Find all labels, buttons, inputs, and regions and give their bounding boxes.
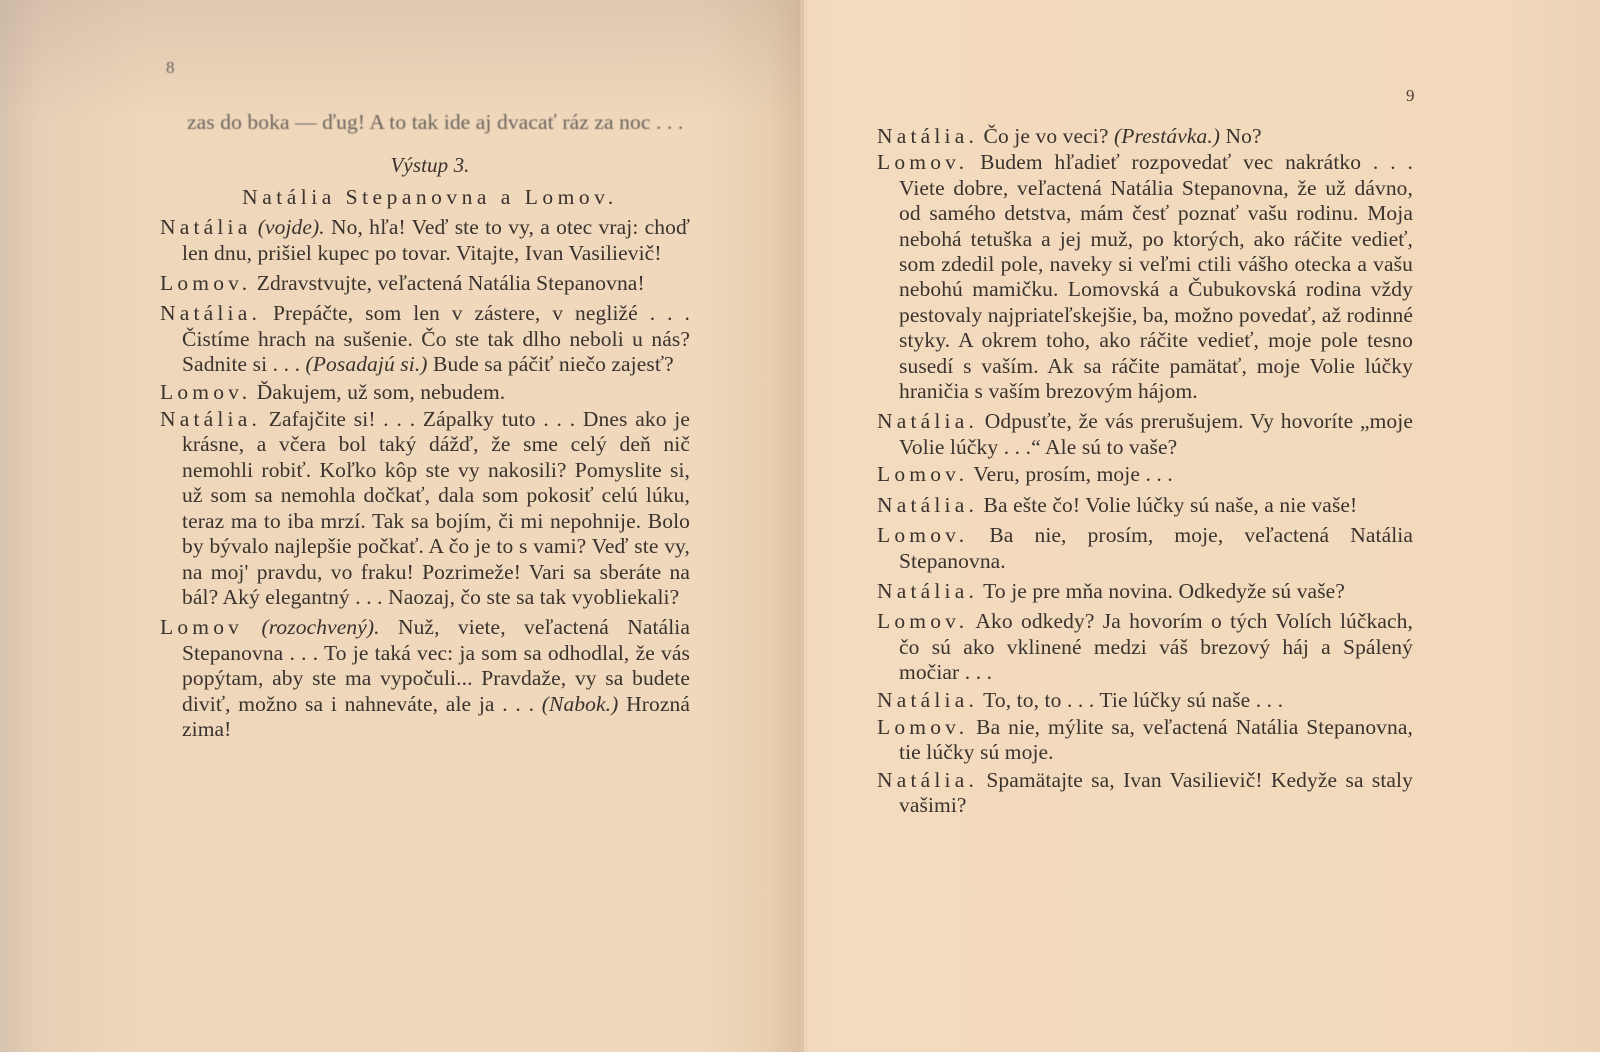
speaker: Natália. bbox=[877, 768, 978, 792]
speech: Lomov. Zdravstvujte, veľactená Natália S… bbox=[160, 271, 690, 296]
stage-direction: (rozochvený). bbox=[261, 615, 379, 639]
left-page: 8 zas do boka — ďug! A to tak ide aj dva… bbox=[0, 0, 803, 1052]
speaker: Lomov. bbox=[160, 380, 251, 404]
speech-text: Zafajčite si! . . . Zápalky tuto . . . D… bbox=[182, 407, 690, 609]
speaker: Lomov. bbox=[877, 715, 968, 739]
speech: Natália. Ba ešte čo! Volie lúčky sú naše… bbox=[877, 493, 1413, 518]
continuation-text: zas do boka — ďug! A to tak ide aj dvaca… bbox=[160, 110, 690, 135]
speaker: Natália. bbox=[877, 579, 978, 603]
speech: Natália. Prepáčte, som len v zástere, v … bbox=[160, 301, 690, 377]
speaker: Lomov. bbox=[877, 523, 968, 547]
stage-direction: (vojde). bbox=[258, 215, 325, 239]
scene-title: Výstup 3. bbox=[170, 153, 690, 178]
speaker: Lomov bbox=[160, 615, 243, 639]
speaker: Lomov. bbox=[877, 150, 968, 174]
speech: Natália. To, to, to . . . Tie lúčky sú n… bbox=[877, 688, 1413, 713]
speech: Lomov. Veru, prosím, moje . . . bbox=[877, 462, 1413, 487]
speech: Natália. Odpusťte, že vás prerušujem. Vy… bbox=[877, 409, 1413, 460]
speaker: Natália. bbox=[877, 493, 978, 517]
speaker: Natália. bbox=[160, 301, 261, 325]
left-page-text: zas do boka — ďug! A to tak ide aj dvaca… bbox=[160, 110, 690, 742]
speaker: Natália bbox=[160, 215, 251, 239]
speech: Lomov. Ba nie, prosím, moje, veľactená N… bbox=[877, 523, 1413, 574]
speech-text: To, to, to . . . Tie lúčky sú naše . . . bbox=[978, 688, 1283, 712]
speech-text: Ba nie, mýlite sa, veľactená Natália Ste… bbox=[899, 715, 1413, 764]
speech-text: Zdravstvujte, veľactená Natália Stepanov… bbox=[251, 271, 644, 295]
speech-text: To je pre mňa novina. Odkedyže sú vaše? bbox=[978, 579, 1345, 603]
page-number: 8 bbox=[166, 58, 175, 78]
speaker: Natália. bbox=[877, 688, 978, 712]
stage-direction: (Posadajú si.) bbox=[306, 352, 428, 376]
book-spread: 8 zas do boka — ďug! A to tak ide aj dva… bbox=[0, 0, 1600, 1052]
speech: Natália. Zafajčite si! . . . Zápalky tut… bbox=[160, 407, 690, 610]
speaker: Lomov. bbox=[160, 271, 251, 295]
speech: Natália (vojde). No, hľa! Veď ste to vy,… bbox=[160, 215, 690, 266]
speech-text: Ďakujem, už som, nebudem. bbox=[251, 380, 505, 404]
speech-text: No? bbox=[1220, 124, 1262, 148]
speech: Natália. To je pre mňa novina. Odkedyže … bbox=[877, 579, 1413, 604]
speech: Natália. Čo je vo veci? (Prestávka.) No? bbox=[877, 124, 1413, 149]
speech-text: Ba nie, prosím, moje, veľactená Natália … bbox=[899, 523, 1413, 572]
speech-text: Budem hľadieť rozpovedať vec nakrátko . … bbox=[899, 150, 1413, 403]
speaker: Natália. bbox=[160, 407, 261, 431]
speech-text: Ako odkedy? Ja hovorím o tých Volích lúč… bbox=[899, 609, 1413, 684]
right-page-text: Natália. Čo je vo veci? (Prestávka.) No?… bbox=[877, 124, 1413, 819]
speaker: Lomov. bbox=[877, 462, 968, 486]
speech: Lomov. Ba nie, mýlite sa, veľactená Natá… bbox=[877, 715, 1413, 766]
speaker: Natália. bbox=[877, 409, 978, 433]
page-number: 9 bbox=[1406, 86, 1415, 106]
speech-text: Ba ešte čo! Volie lúčky sú naše, a nie v… bbox=[978, 493, 1357, 517]
speech: Natália. Spamätajte sa, Ivan Vasilievič!… bbox=[877, 768, 1413, 819]
stage-direction: (Nabok.) bbox=[542, 692, 619, 716]
scene-cast: Natália Stepanovna a Lomov. bbox=[170, 185, 690, 210]
speaker: Natália. bbox=[877, 124, 978, 148]
speech-text: Bude sa páčiť niečo zajesť? bbox=[428, 352, 674, 376]
stage-direction: (Prestávka.) bbox=[1114, 124, 1220, 148]
speech: Lomov. Ako odkedy? Ja hovorím o tých Vol… bbox=[877, 609, 1413, 685]
speech: Lomov. Budem hľadieť rozpovedať vec nakr… bbox=[877, 150, 1413, 404]
speech-text: Čo je vo veci? bbox=[978, 124, 1114, 148]
speech-text: Veru, prosím, moje . . . bbox=[968, 462, 1173, 486]
speaker: Lomov. bbox=[877, 609, 968, 633]
right-page: 9 Natália. Čo je vo veci? (Prestávka.) N… bbox=[807, 0, 1600, 1052]
speech: Lomov. Ďakujem, už som, nebudem. bbox=[160, 380, 690, 405]
speech: Lomov (rozochvený). Nuž, viete, veľacten… bbox=[160, 615, 690, 742]
